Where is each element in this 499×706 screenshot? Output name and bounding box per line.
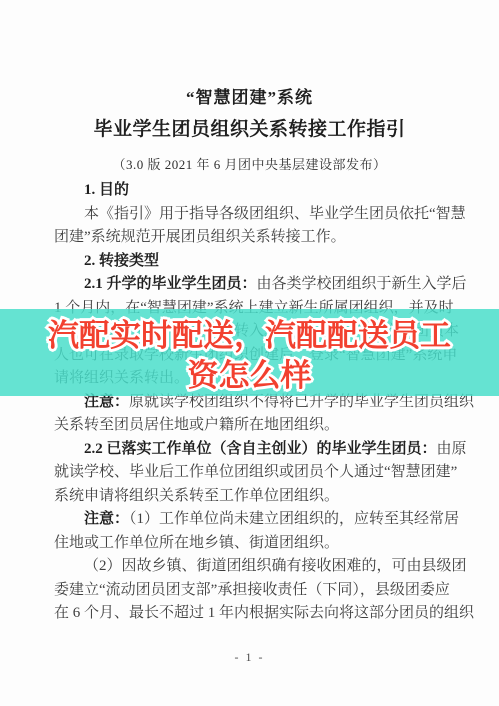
- document-line: 就读学校、毕业后工作单位团组织或团员个人通过“智慧团建”: [54, 461, 450, 485]
- document-title-block: “智慧团建”系统 毕业学生团员组织关系转接工作指引 （3.0 版 2021 年 …: [0, 83, 499, 173]
- document-line: 关系转至团员居住地或户籍所在地团组织。: [54, 414, 450, 438]
- document-line: 1. 目的: [54, 179, 450, 203]
- line-bold-prefix: 2. 转接类型: [84, 253, 159, 269]
- document-line: 2.2 已落实工作单位（含自主创业）的毕业学生团员：由原: [54, 438, 450, 462]
- title-line-1: “智慧团建”系统: [0, 83, 499, 108]
- overlay-caption: 汽配实时配送，汽配配送员工 资怎么样: [0, 316, 499, 396]
- line-text: 本《指引》用于指导各级团组织、毕业学生团员依托“智慧: [84, 206, 466, 222]
- document-line: 委建立“流动团员团支部”承担接收责任（下同），县级团委应: [54, 579, 450, 603]
- document-line: 在 6 个月、最长不超过 1 年内根据实际去向将这部分团员的组织: [54, 602, 450, 626]
- line-text: （2）因故乡镇、街道团组织确有接收困难的，可由县级团: [84, 558, 467, 574]
- line-text: 关系转至团员居住地或户籍所在地团组织。: [54, 417, 339, 433]
- document-line: 团建”系统规范开展团员组织关系转接工作。: [54, 226, 450, 250]
- line-text: 由原: [437, 441, 467, 457]
- document-line: 本《指引》用于指导各级团组织、毕业学生团员依托“智慧: [54, 203, 450, 227]
- line-bold-prefix: 1. 目的: [84, 182, 129, 198]
- document-line: 2.1 升学的毕业学生团员：由各类学校团组织于新生入学后: [54, 273, 450, 297]
- document-page: “智慧团建”系统 毕业学生团员组织关系转接工作指引 （3.0 版 2021 年 …: [0, 0, 499, 706]
- line-bold-prefix: 2.1 升学的毕业学生团员：: [84, 276, 257, 292]
- line-bold-prefix: 注意：: [84, 511, 129, 527]
- line-text: 住地或工作单位所在地乡镇、街道团组织。: [54, 535, 339, 551]
- line-bold-prefix: 2.2 已落实工作单位（含自主创业）的毕业学生团员：: [84, 441, 437, 457]
- document-line: 住地或工作单位所在地乡镇、街道团组织。: [54, 532, 450, 556]
- document-body: 1. 目的本《指引》用于指导各级团组织、毕业学生团员依托“智慧团建”系统规范开展…: [54, 179, 450, 626]
- line-text: 由各类学校团组织于新生入学后: [257, 276, 467, 292]
- overlay-caption-line-2: 资怎么样: [0, 356, 499, 396]
- line-text: 在 6 个月、最长不超过 1 年内根据实际去向将这部分团员的组织: [54, 605, 474, 621]
- line-text: 就读学校、毕业后工作单位团组织或团员个人通过“智慧团建”: [54, 464, 457, 480]
- document-line: 2. 转接类型: [54, 250, 450, 274]
- title-line-3: （3.0 版 2021 年 6 月团中央基层建设部发布）: [0, 154, 499, 173]
- document-line: （2）因故乡镇、街道团组织确有接收困难的，可由县级团: [54, 555, 450, 579]
- overlay-caption-line-1: 汽配实时配送，汽配配送员工: [0, 316, 499, 356]
- document-line: 注意：（1）工作单位尚未建立团组织的，应转至其经常居: [54, 508, 450, 532]
- line-text: 团建”系统规范开展团员组织关系转接工作。: [54, 229, 346, 245]
- line-text: （1）工作单位尚未建立团组织的，应转至其经常居: [129, 511, 459, 527]
- line-text: 系统申请将组织关系转至工作单位团组织。: [54, 488, 339, 504]
- page-number: - 1 -: [0, 650, 499, 665]
- line-text: 委建立“流动团员团支部”承担接收责任（下同），县级团委应: [54, 582, 450, 598]
- title-line-2: 毕业学生团员组织关系转接工作指引: [0, 114, 499, 141]
- document-line: 系统申请将组织关系转至工作单位团组织。: [54, 485, 450, 509]
